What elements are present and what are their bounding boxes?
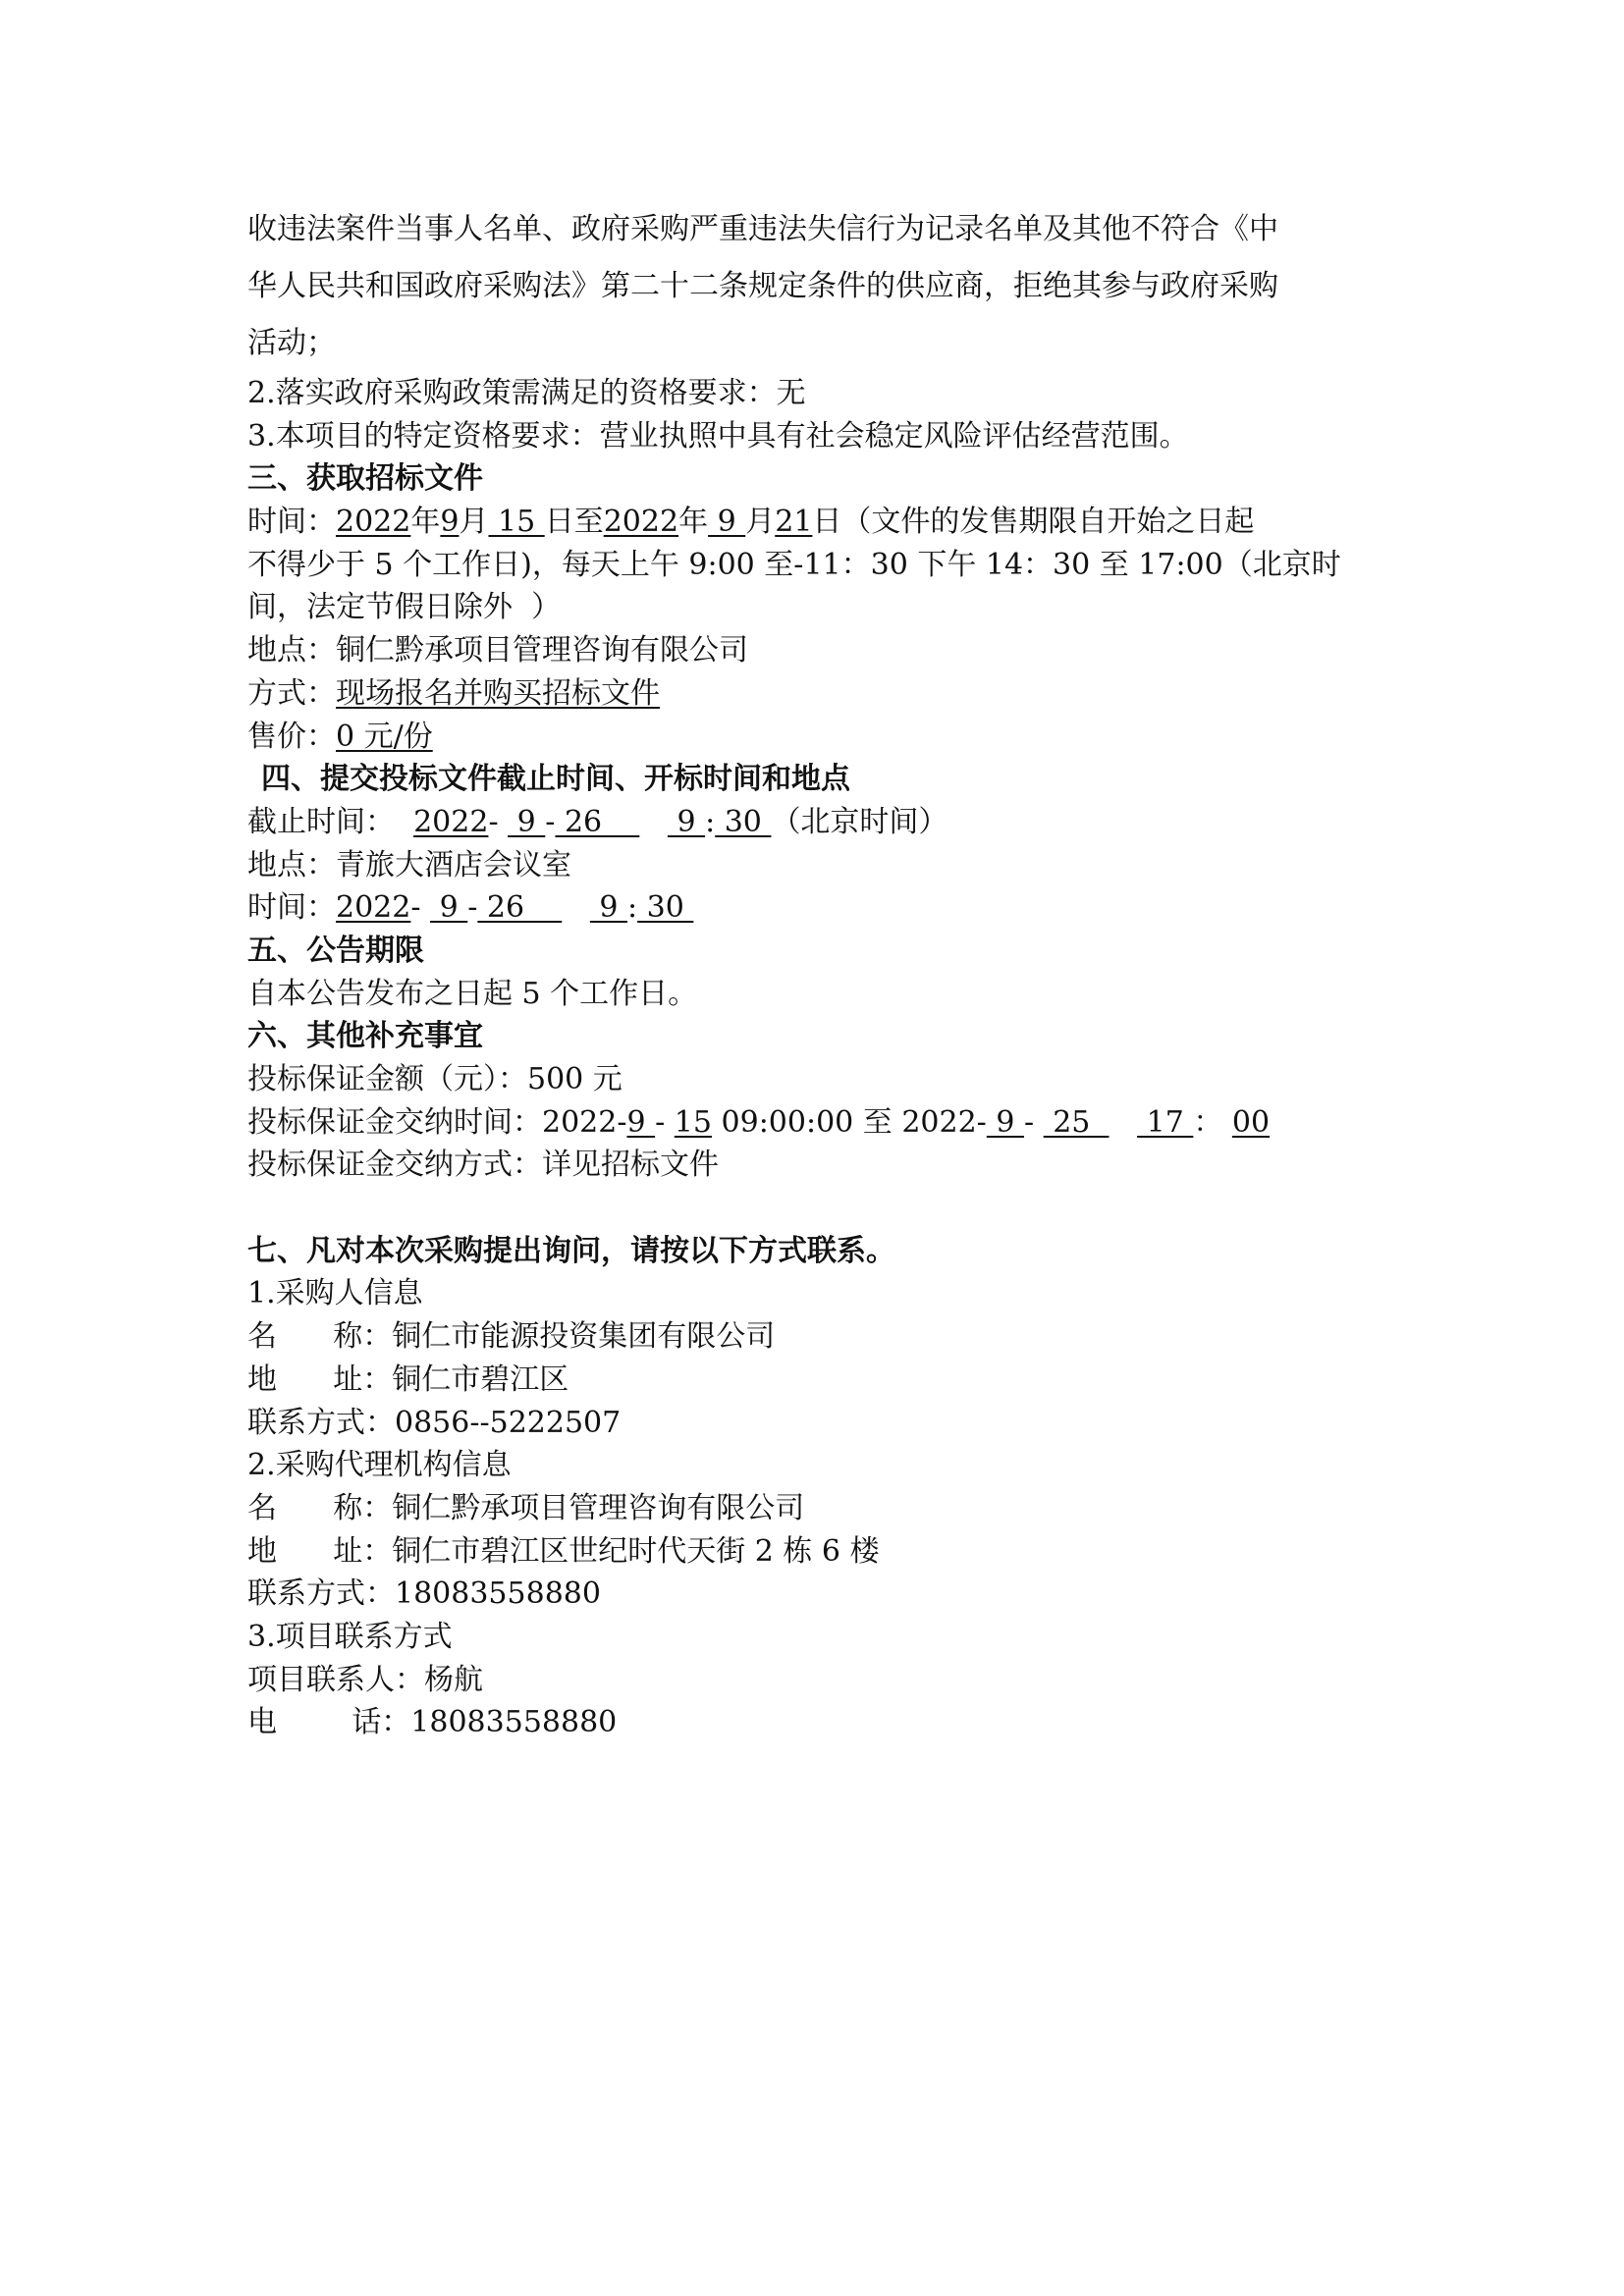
section-3-title: 三、获取招标文件	[247, 457, 1396, 501]
open-minute: 30	[637, 890, 693, 925]
place-value: 铜仁黔承项目管理咨询有限公司	[336, 633, 748, 667]
intro-line-2: 华人民共和国政府采购法》第二十二条规定条件的供应商，拒绝其参与政府采购	[247, 258, 1396, 315]
spacer	[562, 890, 590, 925]
project-heading: 3.项目联系方式	[247, 1616, 1396, 1659]
end-month: 9	[708, 505, 745, 539]
place-value: 青旅大酒店会议室	[336, 848, 571, 882]
spacer	[1109, 1105, 1137, 1140]
open-year: 2022	[336, 890, 410, 925]
intro-line-1: 收违法案件当事人名单、政府采购严重违法失信行为记录名单及其他不符合《中	[247, 201, 1396, 258]
agency-heading: 2.采购代理机构信息	[247, 1444, 1396, 1487]
colon: :	[705, 805, 715, 839]
deposit-time: 投标保证金交纳时间：2022-9 - 15 09:00:00 至 2022- 9…	[247, 1101, 1396, 1145]
section-7-title: 七、凡对本次采购提出询问，请按以下方式联系。	[247, 1230, 1396, 1273]
deadline-year: 2022	[413, 805, 488, 839]
place-label: 地点：	[247, 633, 336, 667]
deadline-minute: 30	[715, 805, 771, 839]
deposit-mid: 09:00:00 至 2022-	[712, 1105, 987, 1140]
method-value: 现场报名并购买招标文件	[336, 676, 660, 711]
deadline-day: 26	[555, 805, 639, 839]
place-label: 地点：	[247, 848, 336, 882]
deadline-label: 截止时间：	[247, 805, 413, 839]
purchaser-address: 地 址：铜仁市碧江区	[247, 1359, 1396, 1402]
open-day: 26	[477, 890, 562, 925]
time-label: 时间：	[247, 505, 336, 539]
address-value: 铜仁市碧江区	[392, 1362, 568, 1397]
deadline-month: 9	[508, 805, 545, 839]
start-day: 15	[488, 505, 544, 539]
month-unit: 月	[459, 505, 488, 539]
name-value: 铜仁黔承项目管理咨询有限公司	[392, 1491, 804, 1525]
address-label: 地 址：	[247, 1534, 392, 1569]
section-3-time-line-2: 不得少于 5 个工作日)，每天上午 9:00 至-11：30 下午 14：30 …	[247, 544, 1396, 587]
open-hour: 9	[590, 890, 627, 925]
deposit-start-day: 15	[675, 1105, 712, 1140]
section-3-price: 售价：0 元/份	[247, 716, 1396, 759]
person-value: 杨航	[424, 1663, 483, 1697]
dash: -	[410, 890, 430, 925]
colon: ：	[1193, 1105, 1232, 1140]
section-3-time: 时间：2022年9月 15 日至2022年 9 月21日（文件的发售期限自开始之…	[247, 501, 1396, 544]
requirement-3: 3.本项目的特定资格要求：营业执照中具有社会稳定风险评估经营范围。	[247, 415, 1396, 458]
name-value: 铜仁市能源投资集团有限公司	[392, 1319, 775, 1354]
price-value: 0 元/份	[336, 720, 433, 754]
document-page: 收违法案件当事人名单、政府采购严重违法失信行为记录名单及其他不符合《中 华人民共…	[247, 201, 1396, 1744]
address-label: 地 址：	[247, 1362, 392, 1397]
deposit-time-label: 投标保证金交纳时间：2022-	[247, 1105, 626, 1140]
agency-name: 名 称：铜仁黔承项目管理咨询有限公司	[247, 1487, 1396, 1530]
deposit-end-minute: 00	[1232, 1105, 1270, 1140]
deposit-end-day: 25	[1044, 1105, 1110, 1140]
start-year: 2022	[336, 505, 410, 539]
section-4-open-time: 时间：2022- 9 - 26 9 : 30	[247, 886, 1396, 930]
section-5-text: 自本公告发布之日起 5 个工作日。	[247, 973, 1396, 1016]
day-unit: 日至	[545, 505, 604, 539]
open-label: 时间：	[247, 890, 336, 925]
deadline-suffix: （北京时间）	[771, 805, 947, 839]
blank-line	[247, 1187, 1396, 1230]
purchaser-name: 名 称：铜仁市能源投资集团有限公司	[247, 1315, 1396, 1359]
address-value: 铜仁市碧江区世纪时代天街 2 栋 6 楼	[392, 1534, 879, 1569]
purchaser-heading: 1.采购人信息	[247, 1272, 1396, 1315]
time-suffix: 日（文件的发售期限自开始之日起	[812, 505, 1254, 539]
method-label: 方式：	[247, 676, 336, 711]
section-6-title: 六、其他补充事宜	[247, 1015, 1396, 1058]
price-label: 售价：	[247, 720, 336, 754]
section-3-place: 地点：铜仁黔承项目管理咨询有限公司	[247, 629, 1396, 672]
person-label: 项目联系人：	[247, 1663, 424, 1697]
dash: -	[655, 1105, 675, 1140]
spacer	[639, 805, 668, 839]
deposit-method: 投标保证金交纳方式：详见招标文件	[247, 1144, 1396, 1187]
purchaser-contact: 联系方式：0856--5222507	[247, 1402, 1396, 1445]
deadline-hour: 9	[668, 805, 705, 839]
dash: -	[467, 890, 477, 925]
project-phone: 电 话：18083558880	[247, 1701, 1396, 1744]
year-unit: 年	[410, 505, 440, 539]
contact-value: 0856--5222507	[395, 1406, 621, 1440]
open-month: 9	[430, 890, 467, 925]
colon: :	[627, 890, 637, 925]
deposit-start-month: 9	[626, 1105, 655, 1140]
contact-label: 联系方式：	[247, 1406, 395, 1440]
name-label: 名 称：	[247, 1319, 392, 1354]
year-unit: 年	[678, 505, 708, 539]
section-4-place: 地点：青旅大酒店会议室	[247, 844, 1396, 887]
section-3-time-line-3: 间，法定节假日除外 ）	[247, 586, 1396, 629]
section-3-method: 方式：现场报名并购买招标文件	[247, 672, 1396, 716]
section-4-title: 四、提交投标文件截止时间、开标时间和地点	[247, 758, 1396, 801]
agency-contact: 联系方式：18083558880	[247, 1573, 1396, 1616]
end-day: 21	[775, 505, 812, 539]
contact-value: 18083558880	[395, 1576, 601, 1611]
deposit-end-month: 9	[987, 1105, 1024, 1140]
agency-address: 地 址：铜仁市碧江区世纪时代天街 2 栋 6 楼	[247, 1530, 1396, 1574]
month-unit: 月	[745, 505, 775, 539]
dash: -	[488, 805, 508, 839]
deposit-end-hour: 17	[1137, 1105, 1193, 1140]
dash: -	[1024, 1105, 1044, 1140]
intro-line-3: 活动；	[247, 315, 1396, 372]
dash: -	[545, 805, 555, 839]
requirement-2: 2.落实政府采购政策需满足的资格要求：无	[247, 372, 1396, 415]
section-5-title: 五、公告期限	[247, 930, 1396, 973]
project-person: 项目联系人：杨航	[247, 1659, 1396, 1702]
phone-value: 18083558880	[410, 1705, 617, 1739]
end-year: 2022	[604, 505, 678, 539]
phone-label: 电 话：	[247, 1705, 410, 1739]
start-month: 9	[440, 505, 459, 539]
name-label: 名 称：	[247, 1491, 392, 1525]
deposit-amount: 投标保证金额（元）：500 元	[247, 1058, 1396, 1101]
section-4-deadline: 截止时间： 2022- 9 - 26 9 : 30 （北京时间）	[247, 801, 1396, 844]
contact-label: 联系方式：	[247, 1576, 395, 1611]
